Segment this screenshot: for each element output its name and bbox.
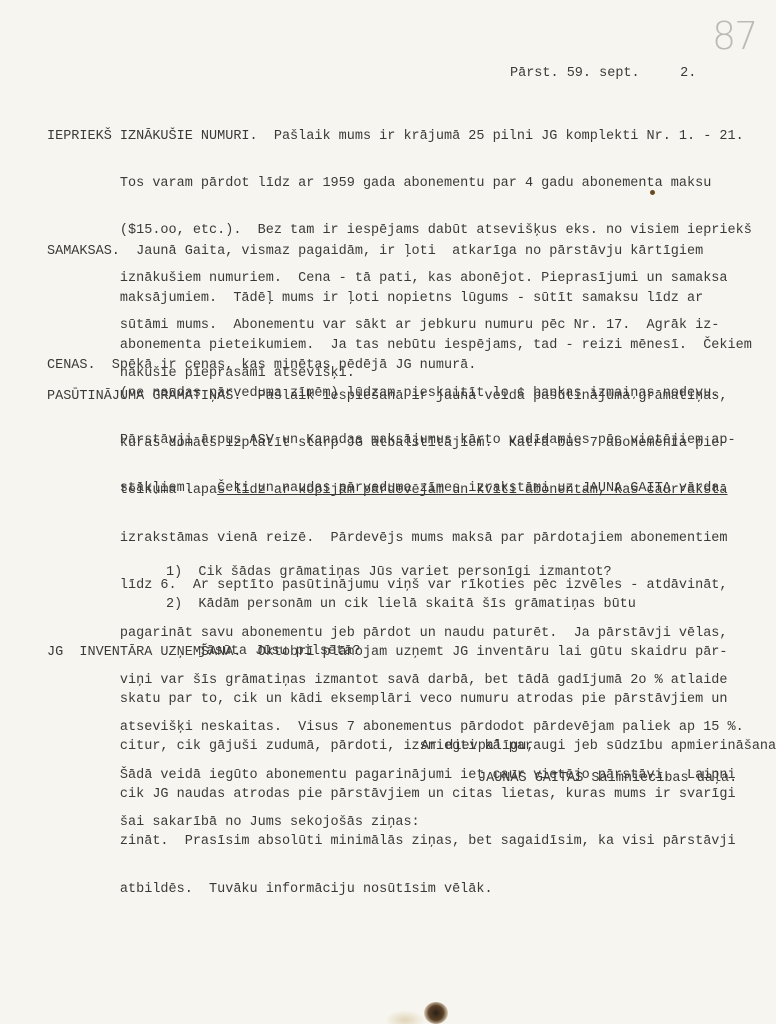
text-line: Tos varam pārdot līdz ar 1959 gada abone…	[47, 176, 752, 192]
handwritten-page-number: 87	[712, 14, 756, 58]
burn-stain	[424, 1002, 448, 1024]
question-number: 2)	[166, 597, 182, 612]
text-line: cik JG naudas atrodas pie pārstāvjiem un…	[47, 787, 776, 803]
text-line: teikuma lapas līdz ar kopijām pārdevējam…	[47, 483, 744, 499]
text-line: PASŪTINĀJUMA GRĀMATIŅAS. Pašlaik iespieš…	[47, 389, 744, 405]
ink-spot	[650, 190, 655, 195]
question-text: Kādām personām un cik lielā skaitā šīs g…	[198, 597, 635, 612]
text-line: JG INVENTĀRA UZŅEMŠANA. Oktobrī plānojam…	[47, 645, 776, 661]
closing-salutation: Ar dievpalīgu,	[421, 739, 534, 755]
closing-signature: JAUNĀS GAITAS Saimniecības daļa.	[478, 771, 737, 787]
text-line: citur, cik gājuši zudumā, pārdoti, izsni…	[47, 739, 776, 755]
document-reference-header: Pārst. 59. sept. 2.	[510, 66, 696, 82]
text-line: atbildēs. Tuvāku informāciju nosūtīsim v…	[47, 882, 776, 898]
text-line: SAMAKSAS. Jaunā Gaita, vismaz pagaidām, …	[47, 244, 752, 260]
paper-discoloration	[385, 1010, 425, 1024]
text-line: skatu par to, cik un kādi eksemplāri vec…	[47, 692, 776, 708]
text-line: kuras domāts izplatīt starp JG atbalstīt…	[47, 436, 744, 452]
text-line: zināt. Prasīsim absolūti minimālās ziņas…	[47, 834, 776, 850]
text-line: maksājumiem. Tādēļ mums ir ļoti nopietns…	[47, 291, 752, 307]
text-line: IEPRIEKŠ IZNĀKUŠIE NUMURI. Pašlaik mums …	[47, 129, 752, 145]
text-line: 2) Kādām personām un cik lielā skaitā šī…	[166, 597, 636, 613]
typewritten-letter-page: 87 Pārst. 59. sept. 2. IEPRIEKŠ IZNĀKUŠI…	[0, 0, 776, 1024]
